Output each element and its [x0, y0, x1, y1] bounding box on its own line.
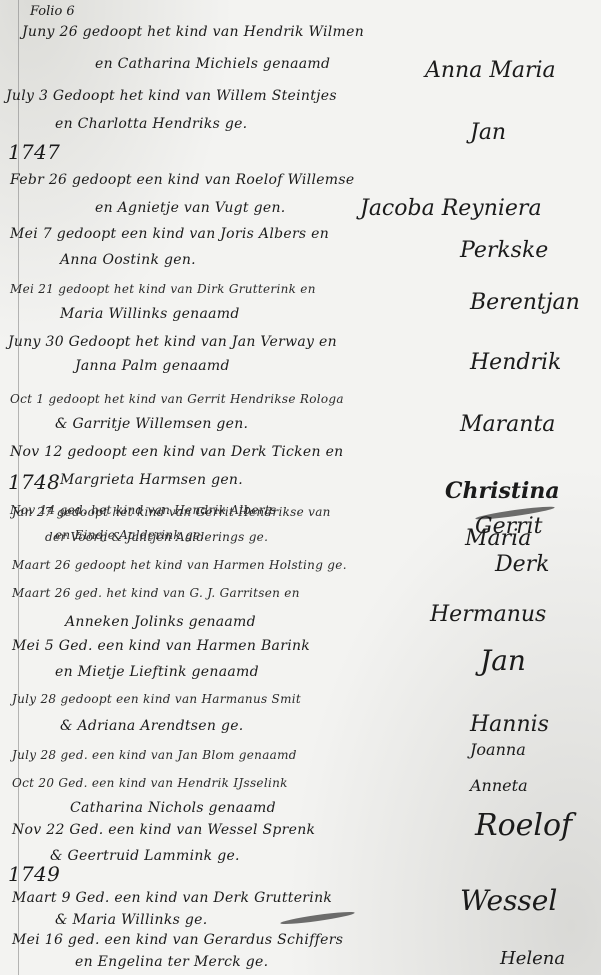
- entry-line: en Catharina Michiels genaamd: [95, 56, 330, 72]
- entry-line: Maart 26 gedoopt het kind van Harmen Hol…: [12, 558, 347, 572]
- entry-line: der Voorn & Jantjen Aalderings ge.: [45, 530, 268, 544]
- entry-line: Juny 26 gedoopt het kind van Hendrik Wil…: [22, 24, 364, 40]
- folio-number: Folio 6: [30, 4, 75, 19]
- year-heading: 1748: [8, 470, 60, 494]
- child-name: Anna Maria: [425, 58, 556, 83]
- entry-line: Nov 12 gedoopt een kind van Derk Ticken …: [10, 444, 344, 460]
- child-name: Jan: [480, 644, 526, 677]
- entry-line: Jan 27 gedoopt het kind van Gerrit Hendr…: [12, 505, 331, 519]
- entry-line: Margrieta Harmsen gen.: [60, 472, 243, 488]
- entry-line: Catharina Nichols genaamd: [70, 800, 276, 816]
- child-name: Perkske: [460, 238, 548, 263]
- child-name: Anneta: [470, 776, 528, 795]
- child-name: Hannis: [470, 712, 549, 737]
- entry-line: Janna Palm genaamd: [75, 358, 230, 374]
- entry-line: en Mietje Lieftink genaamd: [55, 664, 259, 680]
- child-name: Derk: [495, 552, 550, 577]
- child-name: Berentjan: [470, 290, 580, 315]
- entry-line: Maria Willinks genaamd: [60, 306, 240, 322]
- child-name: Roelof: [475, 808, 572, 843]
- entry-line: July 3 Gedoopt het kind van Willem Stein…: [6, 88, 337, 104]
- entry-line: Mei 5 Ged. een kind van Harmen Barink: [12, 638, 310, 654]
- register-page: Folio 6 Juny 26 gedoopt het kind van Hen…: [0, 0, 601, 975]
- child-name: Hendrik: [470, 350, 561, 375]
- child-name: Jacoba Reyniera: [360, 196, 542, 221]
- child-name: Helena: [500, 948, 565, 969]
- year-heading: 1747: [8, 140, 60, 164]
- child-name: Maranta: [460, 412, 555, 437]
- entry-line: Mei 7 gedoopt een kind van Joris Albers …: [10, 226, 329, 242]
- child-name: Christina: [445, 478, 560, 504]
- child-name: Gerrit: [475, 514, 543, 539]
- ink-blot: [280, 910, 355, 926]
- entry-line: & Geertruid Lammink ge.: [50, 848, 240, 864]
- entry-line: en Agnietje van Vugt gen.: [95, 200, 286, 216]
- entry-line: Oct 1 gedoopt het kind van Gerrit Hendri…: [10, 392, 344, 406]
- entry-line: Maart 26 ged. het kind van G. J. Garrits…: [12, 586, 300, 600]
- entry-line: & Maria Willinks ge.: [55, 912, 207, 928]
- entry-line: Oct 20 Ged. een kind van Hendrik IJsseli…: [12, 776, 288, 790]
- year-heading: 1749: [8, 862, 60, 886]
- entry-line: Febr 26 gedoopt een kind van Roelof Will…: [10, 172, 354, 188]
- entry-line: July 28 gedoopt een kind van Harmanus Sm…: [12, 692, 301, 706]
- entry-line: & Garritje Willemsen gen.: [55, 416, 248, 432]
- entry-line: Mei 21 gedoopt het kind van Dirk Grutter…: [10, 282, 316, 296]
- entry-line: en Engelina ter Merck ge.: [75, 954, 268, 970]
- child-name: Joanna: [470, 740, 526, 759]
- entry-line: Nov 22 Ged. een kind van Wessel Sprenk: [12, 822, 315, 838]
- child-name: Wessel: [460, 884, 557, 917]
- child-name: Hermanus: [430, 602, 546, 627]
- entry-line: Juny 30 Gedoopt het kind van Jan Verway …: [8, 334, 337, 350]
- child-name: Jan: [470, 120, 506, 145]
- entry-line: en Charlotta Hendriks ge.: [55, 116, 247, 132]
- entry-line: July 28 ged. een kind van Jan Blom genaa…: [12, 748, 297, 762]
- entry-line: Anna Oostink gen.: [60, 252, 196, 268]
- entry-line: Anneken Jolinks genaamd: [65, 614, 256, 630]
- entry-line: Mei 16 ged. een kind van Gerardus Schiff…: [12, 932, 343, 948]
- entry-line: & Adriana Arendtsen ge.: [60, 718, 244, 734]
- entry-line: Maart 9 Ged. een kind van Derk Grutterin…: [12, 890, 332, 906]
